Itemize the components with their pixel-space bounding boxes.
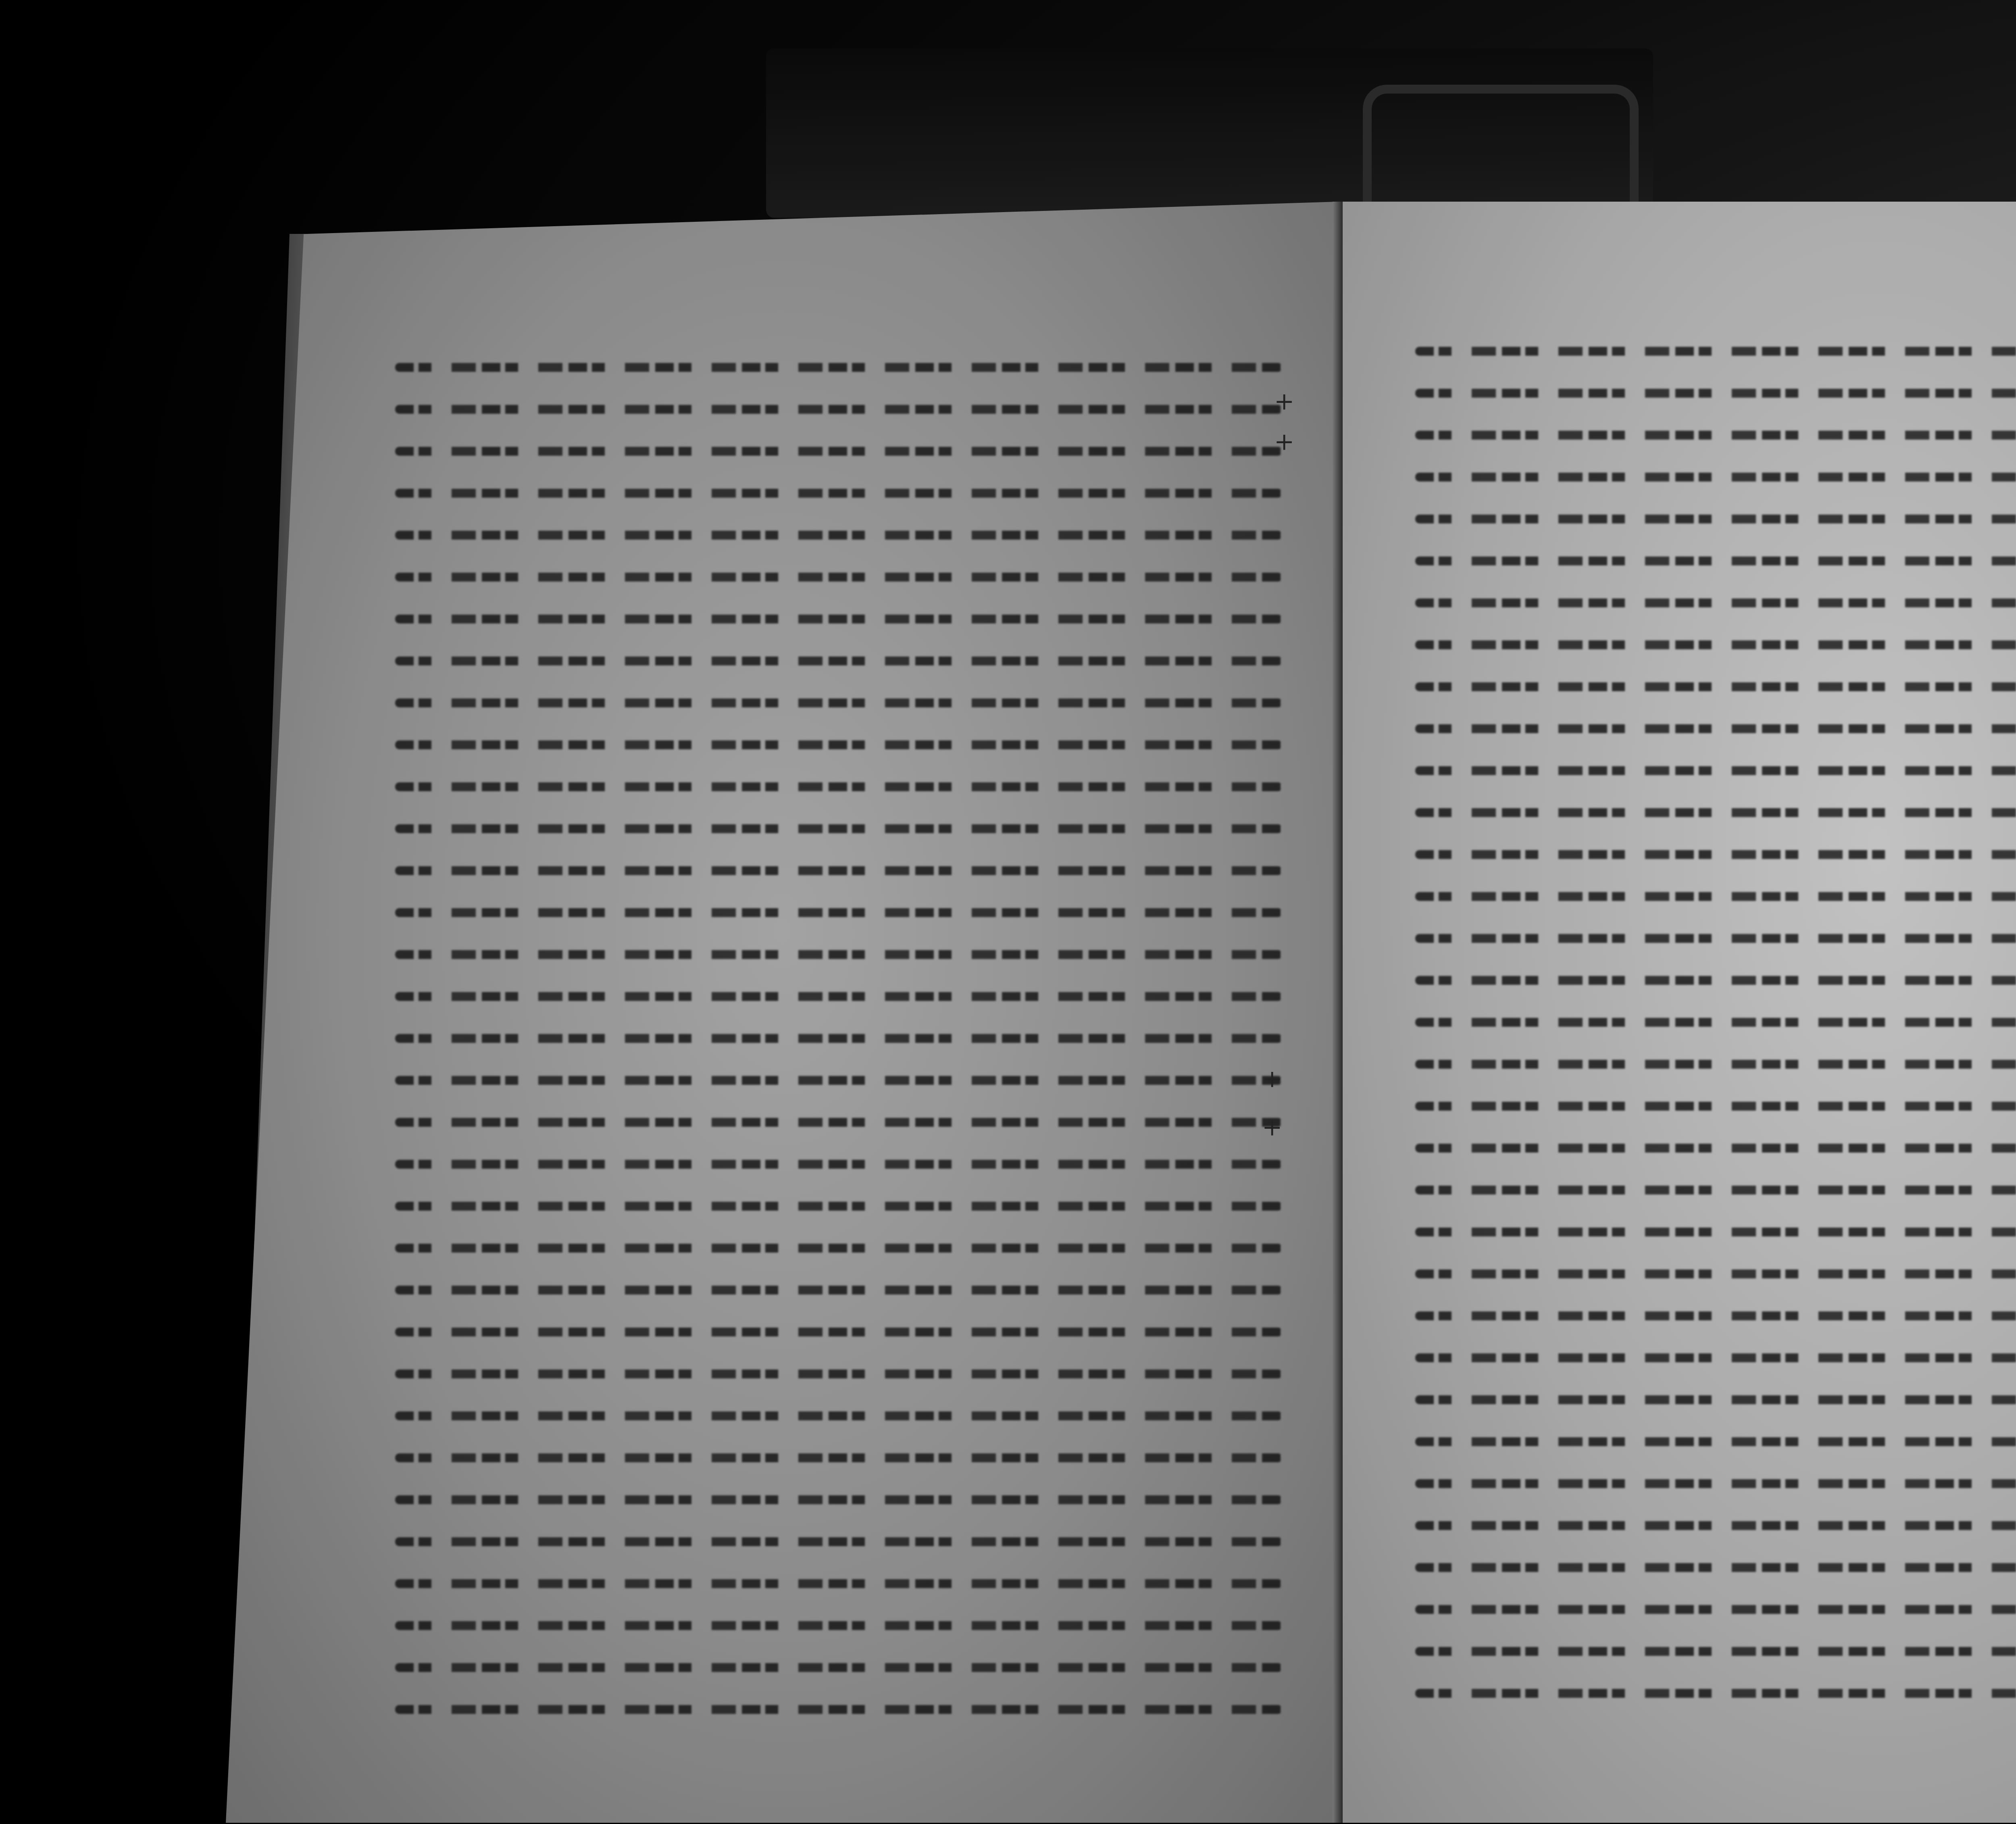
manuscript-book (226, 161, 2016, 1823)
script-line (395, 1353, 1282, 1395)
script-line (1415, 1505, 2016, 1547)
script-line (1415, 1086, 2016, 1128)
script-line (1415, 1211, 2016, 1253)
script-line (395, 1563, 1282, 1605)
margin-cross-mark: + (1262, 1113, 1282, 1141)
script-line (395, 1270, 1282, 1311)
script-line (1415, 331, 2016, 373)
script-line (395, 431, 1282, 473)
script-line (1415, 1379, 2016, 1421)
script-line (1415, 960, 2016, 1002)
script-line (395, 850, 1282, 892)
script-line (395, 640, 1282, 682)
script-line (1415, 457, 2016, 498)
script-line (395, 515, 1282, 557)
left-page (226, 202, 1339, 1823)
script-line (395, 557, 1282, 598)
script-line (1415, 708, 2016, 750)
script-line (395, 1647, 1282, 1689)
script-line (1415, 1128, 2016, 1169)
script-line (395, 1060, 1282, 1102)
script-line (1415, 1421, 2016, 1463)
script-line (395, 976, 1282, 1018)
script-line (395, 1479, 1282, 1521)
script-line (1415, 918, 2016, 960)
script-line (1415, 1631, 2016, 1673)
script-line (395, 1018, 1282, 1060)
script-line (395, 892, 1282, 934)
script-line (395, 1689, 1282, 1731)
script-line (1415, 624, 2016, 666)
right-page (1343, 202, 2016, 1823)
script-line (395, 1228, 1282, 1270)
script-line (1415, 415, 2016, 457)
script-line (395, 808, 1282, 850)
script-line (395, 1144, 1282, 1186)
script-line (395, 1521, 1282, 1563)
script-line (1415, 1547, 2016, 1589)
script-line (1415, 373, 2016, 415)
right-page-text (1415, 331, 2016, 1715)
script-line (1415, 1337, 2016, 1379)
script-line (1415, 792, 2016, 834)
script-line (1415, 1463, 2016, 1505)
script-line (1415, 1295, 2016, 1337)
script-line (1415, 1673, 2016, 1715)
margin-cross-mark: + (1274, 427, 1294, 456)
script-line (1415, 834, 2016, 876)
script-line (395, 389, 1282, 431)
script-line (1415, 540, 2016, 582)
script-line (395, 473, 1282, 515)
script-line (1415, 1002, 2016, 1044)
script-line (1415, 1589, 2016, 1631)
script-line (395, 1102, 1282, 1144)
script-line (1415, 1044, 2016, 1086)
script-line (395, 347, 1282, 389)
script-line (395, 766, 1282, 808)
script-line (395, 1311, 1282, 1353)
margin-cross-mark: + (1274, 387, 1294, 415)
left-page-text (395, 347, 1282, 1731)
script-line (395, 598, 1282, 640)
script-line (395, 1186, 1282, 1228)
script-line (1415, 666, 2016, 708)
script-line (395, 934, 1282, 976)
script-line (395, 1395, 1282, 1437)
script-line (395, 1437, 1282, 1479)
script-line (1415, 876, 2016, 918)
script-line (395, 682, 1282, 724)
script-line (395, 724, 1282, 766)
script-line (1415, 1169, 2016, 1211)
script-line (1415, 750, 2016, 792)
script-line (1415, 1253, 2016, 1295)
margin-cross-mark: + (1262, 1065, 1282, 1093)
script-line (1415, 498, 2016, 540)
script-line (395, 1605, 1282, 1647)
script-line (1415, 582, 2016, 624)
